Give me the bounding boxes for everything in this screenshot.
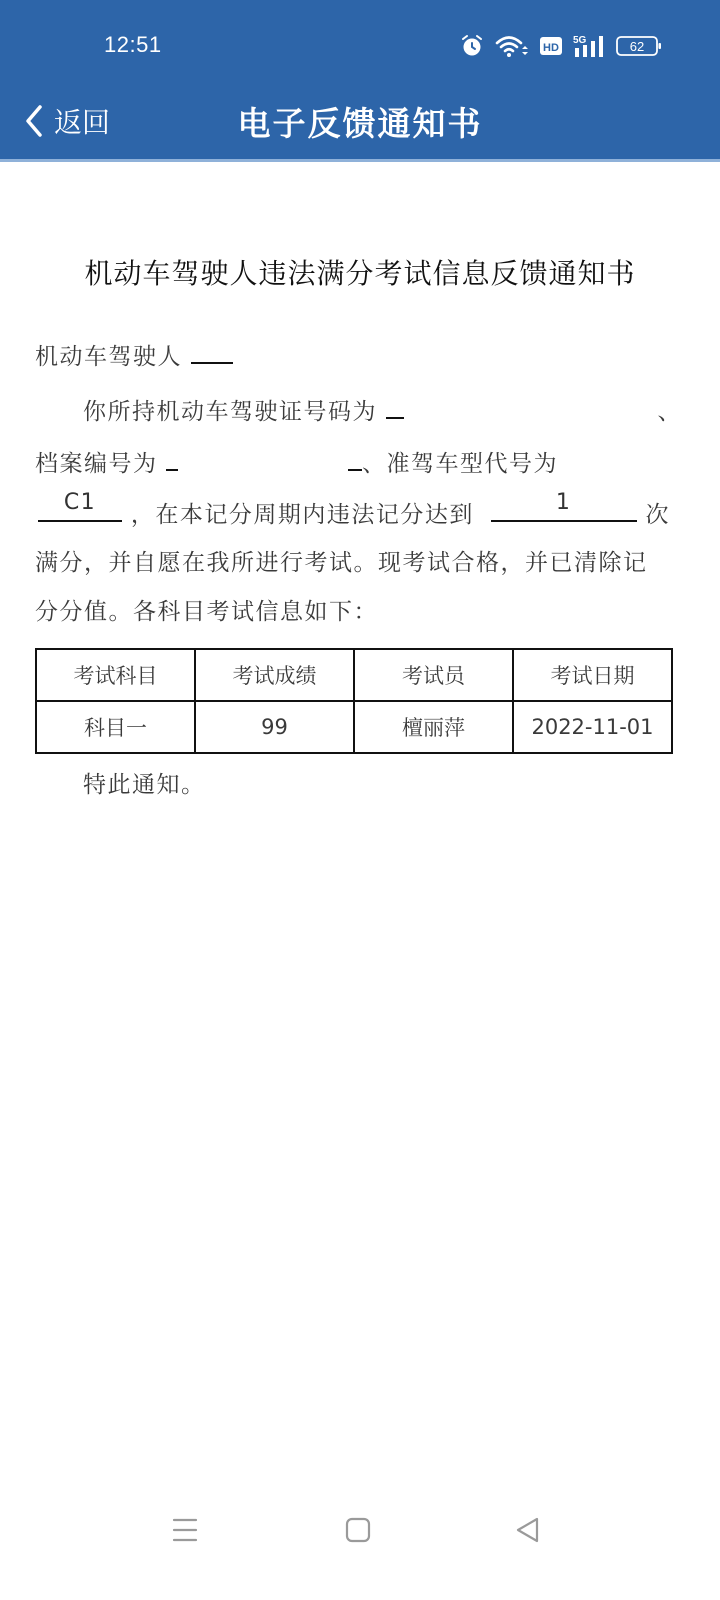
system-back-button[interactable] — [508, 1510, 548, 1550]
wifi-icon — [495, 34, 529, 58]
system-navigation-bar — [0, 1500, 720, 1560]
hd-icon: HD — [540, 36, 562, 56]
license-number-field — [386, 391, 404, 419]
table-row: 科目一 99 檀丽萍 2022-11-01 — [36, 701, 672, 753]
svg-text:62: 62 — [630, 39, 644, 54]
file-line: 档案编号为 、准驾车型代号为 — [35, 443, 558, 478]
menu-icon — [171, 1516, 199, 1544]
status-bar: 12:51 HD 5G — [0, 0, 720, 96]
file-label: 档案编号为 — [35, 451, 158, 477]
table-header-row: 考试科目 考试成绩 考试员 考试日期 — [36, 649, 672, 701]
cell-subject: 科目一 — [36, 701, 195, 753]
result-line: 满分，并自愿在我所进行考试。现考试合格，并已清除记 — [35, 544, 648, 577]
exam-info-table: 考试科目 考试成绩 考试员 考试日期 科目一 99 檀丽萍 2022-11-01 — [35, 648, 673, 754]
cell-date: 2022-11-01 — [513, 701, 672, 753]
license-line: 你所持机动车驾驶证号码为 、 — [83, 391, 682, 426]
header-subject: 考试科目 — [36, 649, 195, 701]
info-intro-line: 分分值。各科目考试信息如下： — [35, 593, 378, 626]
license-suffix: 、 — [657, 399, 682, 425]
app-header: 12:51 HD 5G — [0, 0, 720, 162]
points-suffix: 次 — [645, 502, 670, 528]
driver-name-field — [191, 336, 233, 364]
alarm-icon — [460, 34, 484, 58]
recents-button[interactable] — [165, 1510, 205, 1550]
page-title: 电子反馈通知书 — [0, 98, 720, 145]
status-icons: HD 5G 62 — [460, 33, 662, 59]
home-icon — [344, 1516, 372, 1544]
header-date: 考试日期 — [513, 649, 672, 701]
svg-text:5G: 5G — [573, 35, 587, 46]
home-button[interactable] — [338, 1510, 378, 1550]
cell-score: 99 — [195, 701, 354, 753]
vehicle-type-field: C1 — [38, 494, 122, 522]
points-line: C1 ，在本记分周期内违法记分达到 1 次 — [35, 494, 670, 529]
salutation-label: 机动车驾驶人 — [35, 344, 182, 370]
license-label: 你所持机动车驾驶证号码为 — [83, 399, 377, 425]
document-title: 机动车驾驶人违法满分考试信息反馈通知书 — [0, 252, 720, 292]
salutation-line: 机动车驾驶人 — [35, 336, 233, 371]
back-triangle-icon — [514, 1516, 542, 1544]
vehicle-type-label: 、准驾车型代号为 — [362, 451, 558, 477]
cell-examiner: 檀丽萍 — [354, 701, 513, 753]
battery-icon: 62 — [616, 35, 662, 57]
header-examiner: 考试员 — [354, 649, 513, 701]
full-score-count-field: 1 — [491, 494, 637, 522]
file-number-field-end — [348, 443, 362, 471]
header-score: 考试成绩 — [195, 649, 354, 701]
svg-text:HD: HD — [543, 42, 559, 54]
points-label: ，在本记分周期内违法记分达到 — [131, 502, 474, 528]
navigation-bar: 返回 电子反馈通知书 — [0, 96, 720, 160]
5g-signal-icon: 5G — [573, 34, 605, 58]
closing-line: 特此通知。 — [83, 766, 206, 799]
status-time: 12:51 — [104, 32, 162, 58]
file-number-field — [166, 443, 178, 471]
